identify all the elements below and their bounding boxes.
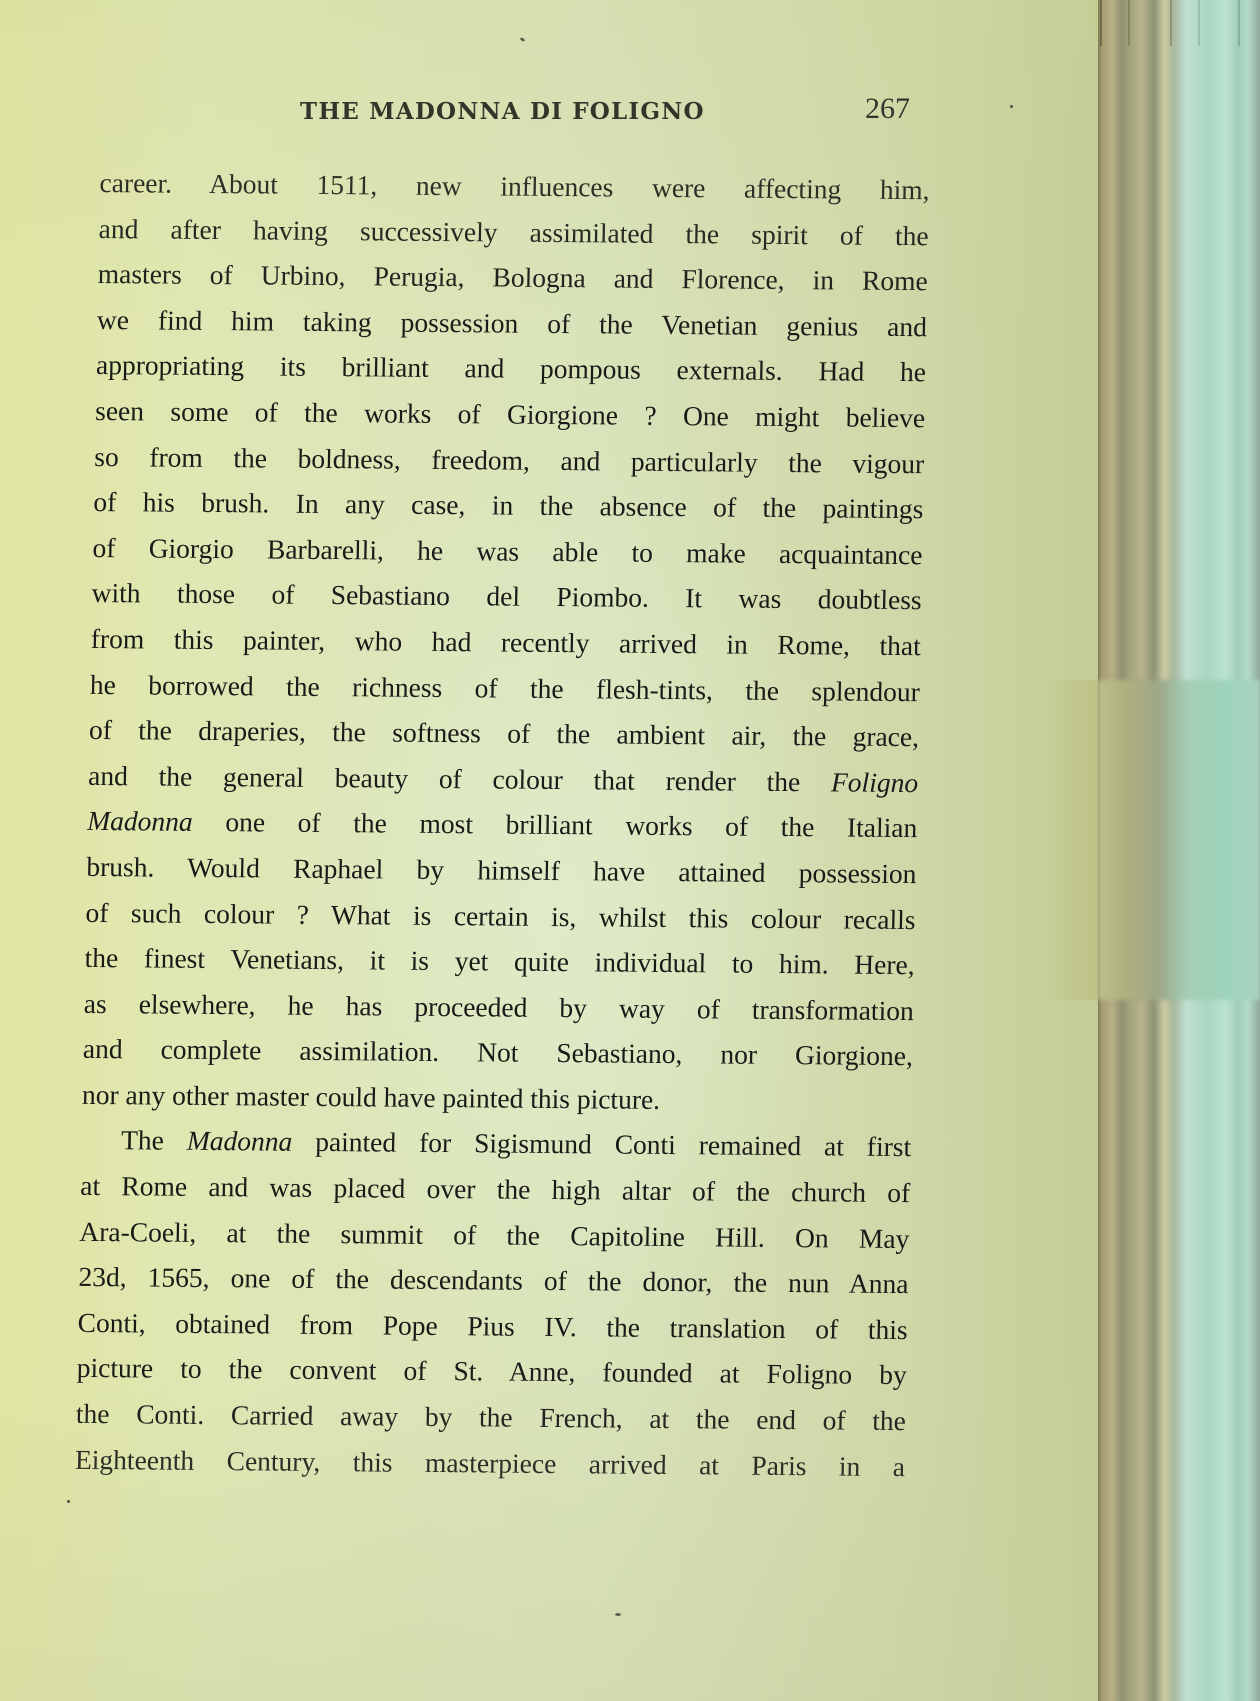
speck [67, 1500, 70, 1503]
text-line-content: as elsewhere, he has proceeded by way of… [84, 988, 915, 1026]
text-run: from this painter, who had recently arri… [91, 623, 922, 661]
text-run: The [121, 1125, 187, 1157]
body-text: career. About 1511, new influences were … [75, 160, 930, 1489]
text-run: of the draperies, the softness of the am… [89, 714, 920, 752]
text-line-content: The Madonna painted for Sigismund Conti … [121, 1125, 912, 1163]
edge-line [1100, 0, 1102, 46]
text-line: he borrowed the richness of the flesh-ti… [89, 661, 920, 714]
text-line-content: of such colour ? What is certain is, whi… [85, 896, 916, 934]
text-line: Eighteenth Century, this masterpiece arr… [75, 1436, 906, 1489]
text-line-content: and the general beauty of colour that re… [88, 760, 919, 798]
text-run: career. About 1511, new influences were … [99, 167, 930, 205]
text-line-content: so from the boldness, freedom, and parti… [94, 441, 925, 479]
text-line-content: masters of Urbino, Perugia, Bologna and … [98, 258, 929, 296]
text-line-content: appropriating its brilliant and pompous … [96, 349, 927, 387]
page-number: 267 [865, 92, 910, 126]
text-line: masters of Urbino, Perugia, Bologna and … [97, 251, 928, 304]
text-line-content: career. About 1511, new influences were … [99, 167, 930, 205]
text-run: and the general beauty of colour that re… [88, 760, 831, 797]
text-run: at Rome and was placed over the high alt… [80, 1170, 911, 1208]
edge-line [1198, 0, 1200, 46]
text-line-content: brush. Would Raphael by himself have att… [86, 851, 917, 889]
edge-line [1128, 0, 1130, 46]
text-line-content: the Conti. Carried away by the French, a… [76, 1398, 907, 1436]
text-line: Conti, obtained from Pope Pius IV. the t… [77, 1300, 908, 1353]
text-line-content: Ara-Coeli, at the summit of the Capitoli… [79, 1216, 910, 1254]
text-run: painted for Sigismund Conti remained at … [292, 1126, 911, 1162]
text-line: of such colour ? What is certain is, whi… [85, 889, 916, 942]
text-run: nor any other master could have painted … [82, 1079, 661, 1115]
text-line: the Conti. Carried away by the French, a… [75, 1391, 906, 1444]
text-line-content: of the draperies, the softness of the am… [89, 714, 920, 752]
text-line: picture to the convent of St. Anne, foun… [76, 1345, 907, 1398]
text-line-content: of Giorgio Barbarelli, he was able to ma… [92, 532, 923, 570]
text-line: Ara-Coeli, at the summit of the Capitoli… [79, 1209, 910, 1262]
text-run: Ara-Coeli, at the summit of the Capitoli… [79, 1216, 910, 1254]
text-run: seen some of the works of Giorgione ? On… [95, 395, 926, 433]
italic-title: Foligno [831, 766, 919, 798]
text-line-content: and complete assimilation. Not Sebastian… [83, 1033, 914, 1071]
text-run: with those of Sebastiano del Piombo. It … [91, 577, 922, 615]
text-run: masters of Urbino, Perugia, Bologna and … [98, 258, 929, 296]
text-line-content: at Rome and was placed over the high alt… [80, 1170, 911, 1208]
text-line: of his brush. In any case, in the absenc… [93, 479, 924, 532]
running-head: THE MADONNA DI FOLIGNO [300, 98, 705, 125]
speck [615, 1613, 621, 1616]
text-run: Eighteenth Century, this masterpiece arr… [75, 1443, 906, 1481]
text-run: and after having successively assimilate… [98, 213, 929, 251]
text-line-content: Conti, obtained from Pope Pius IV. the t… [77, 1307, 908, 1345]
text-line: as elsewhere, he has proceeded by way of… [83, 981, 914, 1034]
speck [1010, 105, 1013, 108]
text-run: of such colour ? What is certain is, whi… [85, 896, 916, 934]
text-line: from this painter, who had recently arri… [90, 616, 921, 669]
text-line: seen some of the works of Giorgione ? On… [95, 388, 926, 441]
scan-artifact [1098, 680, 1260, 1000]
text-run: 23d, 1565, one of the descendants of the… [78, 1261, 909, 1299]
book-page: THE MADONNA DI FOLIGNO 267 career. About… [0, 0, 1102, 1701]
page-edges [1098, 0, 1260, 1701]
text-line-content: of his brush. In any case, in the absenc… [93, 486, 924, 524]
text-line-content: and after having successively assimilate… [98, 213, 929, 251]
text-line: so from the boldness, freedom, and parti… [94, 434, 925, 487]
text-run: Conti, obtained from Pope Pius IV. the t… [77, 1307, 908, 1345]
text-run: we find him taking possession of the Ven… [97, 304, 928, 342]
text-run: picture to the convent of St. Anne, foun… [77, 1352, 908, 1390]
text-line-content: picture to the convent of St. Anne, foun… [77, 1352, 908, 1390]
text-run: of Giorgio Barbarelli, he was able to ma… [92, 532, 923, 570]
text-line-content: seen some of the works of Giorgione ? On… [95, 395, 926, 433]
text-line-content: the finest Venetians, it is yet quite in… [84, 942, 915, 980]
text-run: one of the most brilliant works of the I… [192, 806, 917, 843]
text-run: the finest Venetians, it is yet quite in… [84, 942, 915, 980]
text-line: and after having successively assimilate… [98, 206, 929, 259]
text-line: with those of Sebastiano del Piombo. It … [91, 570, 922, 623]
text-line-content: from this painter, who had recently arri… [91, 623, 922, 661]
text-line-content: with those of Sebastiano del Piombo. It … [91, 577, 922, 615]
text-run: so from the boldness, freedom, and parti… [94, 441, 925, 479]
text-line-content: 23d, 1565, one of the descendants of the… [78, 1261, 909, 1299]
text-line: of Giorgio Barbarelli, he was able to ma… [92, 525, 923, 578]
text-line: the finest Venetians, it is yet quite in… [84, 935, 915, 988]
text-run: he borrowed the richness of the flesh-ti… [90, 668, 921, 706]
text-line: and complete assimilation. Not Sebastian… [82, 1026, 913, 1079]
text-line: brush. Would Raphael by himself have att… [86, 844, 917, 897]
text-run: and complete assimilation. Not Sebastian… [83, 1033, 914, 1071]
text-run: of his brush. In any case, in the absenc… [93, 486, 924, 524]
edge-line [1238, 0, 1240, 46]
text-line-content: we find him taking possession of the Ven… [97, 304, 928, 342]
text-run: the Conti. Carried away by the French, a… [76, 1398, 907, 1436]
text-line: 23d, 1565, one of the descendants of the… [78, 1254, 909, 1307]
text-line: appropriating its brilliant and pompous … [96, 342, 927, 395]
text-line: of the draperies, the softness of the am… [89, 707, 920, 760]
text-line-content: Madonna one of the most brilliant works … [87, 805, 918, 843]
text-line: we find him taking possession of the Ven… [96, 297, 927, 350]
text-run: appropriating its brilliant and pompous … [96, 349, 927, 387]
text-line: nor any other master could have painted … [82, 1072, 913, 1125]
text-line-content: he borrowed the richness of the flesh-ti… [90, 668, 921, 706]
text-line: at Rome and was placed over the high alt… [80, 1163, 911, 1216]
text-run: brush. Would Raphael by himself have att… [86, 851, 917, 889]
text-line-content: Eighteenth Century, this masterpiece arr… [75, 1443, 906, 1481]
text-line: career. About 1511, new influences were … [99, 160, 930, 213]
italic-title: Madonna [87, 805, 193, 837]
text-run: as elsewhere, he has proceeded by way of… [84, 988, 915, 1026]
edge-line [1170, 0, 1172, 46]
text-line: Madonna one of the most brilliant works … [87, 798, 918, 851]
text-line-content: nor any other master could have painted … [82, 1079, 661, 1115]
italic-title: Madonna [187, 1125, 293, 1157]
speck [520, 37, 526, 42]
text-line: and the general beauty of colour that re… [88, 753, 919, 806]
text-line: The Madonna painted for Sigismund Conti … [81, 1117, 912, 1170]
